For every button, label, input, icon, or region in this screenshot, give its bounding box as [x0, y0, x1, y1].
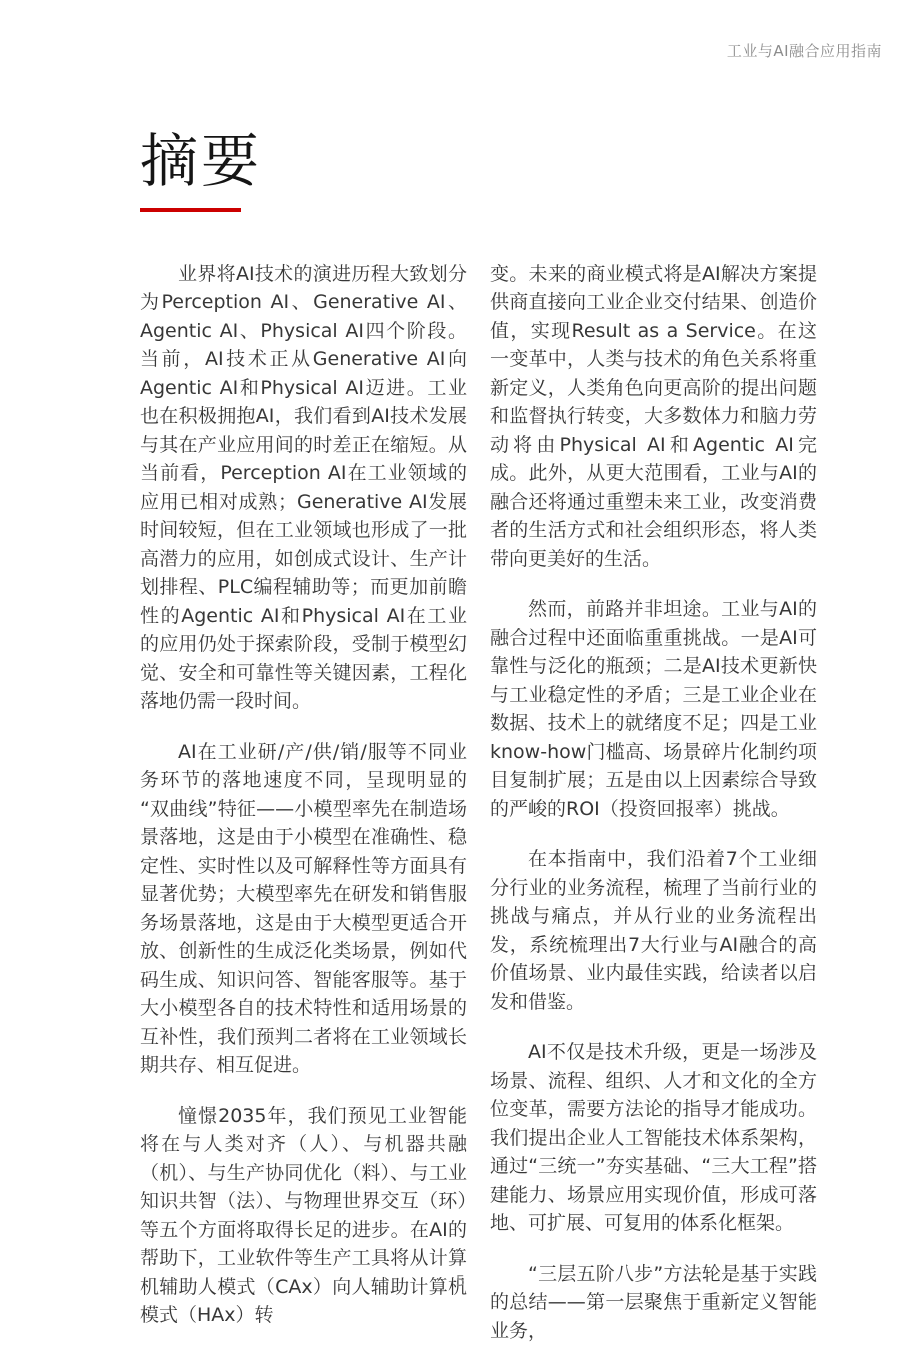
body-paragraph: 业界将AI技术的演进历程大致划分为Perception AI、Generativ… — [140, 260, 467, 716]
title-underline — [140, 208, 241, 212]
body-paragraph: 然而，前路并非坦途。工业与AI的融合过程中还面临重重挑战。一是AI可靠性与泛化的… — [490, 595, 817, 823]
content-columns: 业界将AI技术的演进历程大致划分为Perception AI、Generativ… — [140, 260, 818, 1346]
column-right: 变。未来的商业模式将是AI解决方案提供商直接向工业企业交付结果、创造价值，实现R… — [490, 260, 817, 1346]
body-paragraph: 憧憬2035年，我们预见工业智能将在与人类对齐（人）、与机器共融（机）、与生产协… — [140, 1102, 467, 1330]
body-paragraph-continuation: 变。未来的商业模式将是AI解决方案提供商直接向工业企业交付结果、创造价值，实现R… — [490, 260, 817, 574]
column-left: 业界将AI技术的演进历程大致划分为Perception AI、Generativ… — [140, 260, 467, 1346]
body-paragraph: AI不仅是技术升级，更是一场涉及场景、流程、组织、人才和文化的全方位变革，需要方… — [490, 1038, 817, 1238]
main-content: 摘要 业界将AI技术的演进历程大致划分为Perception AI、Genera… — [140, 128, 818, 1345]
page-header: 工业与AI融合应用指南 — [727, 40, 882, 61]
body-paragraph: 在本指南中，我们沿着7个工业细分行业的业务流程，梳理了当前行业的挑战与痛点，并从… — [490, 845, 817, 1016]
document-header-title: 工业与AI融合应用指南 — [727, 42, 882, 60]
page-footer: 5 — [0, 1272, 921, 1290]
page-title: 摘要 — [140, 128, 818, 195]
page-number: 5 — [456, 1272, 466, 1290]
body-paragraph: AI在工业研/产/供/销/服等不同业务环节的落地速度不同，呈现明显的“双曲线”特… — [140, 738, 467, 1080]
